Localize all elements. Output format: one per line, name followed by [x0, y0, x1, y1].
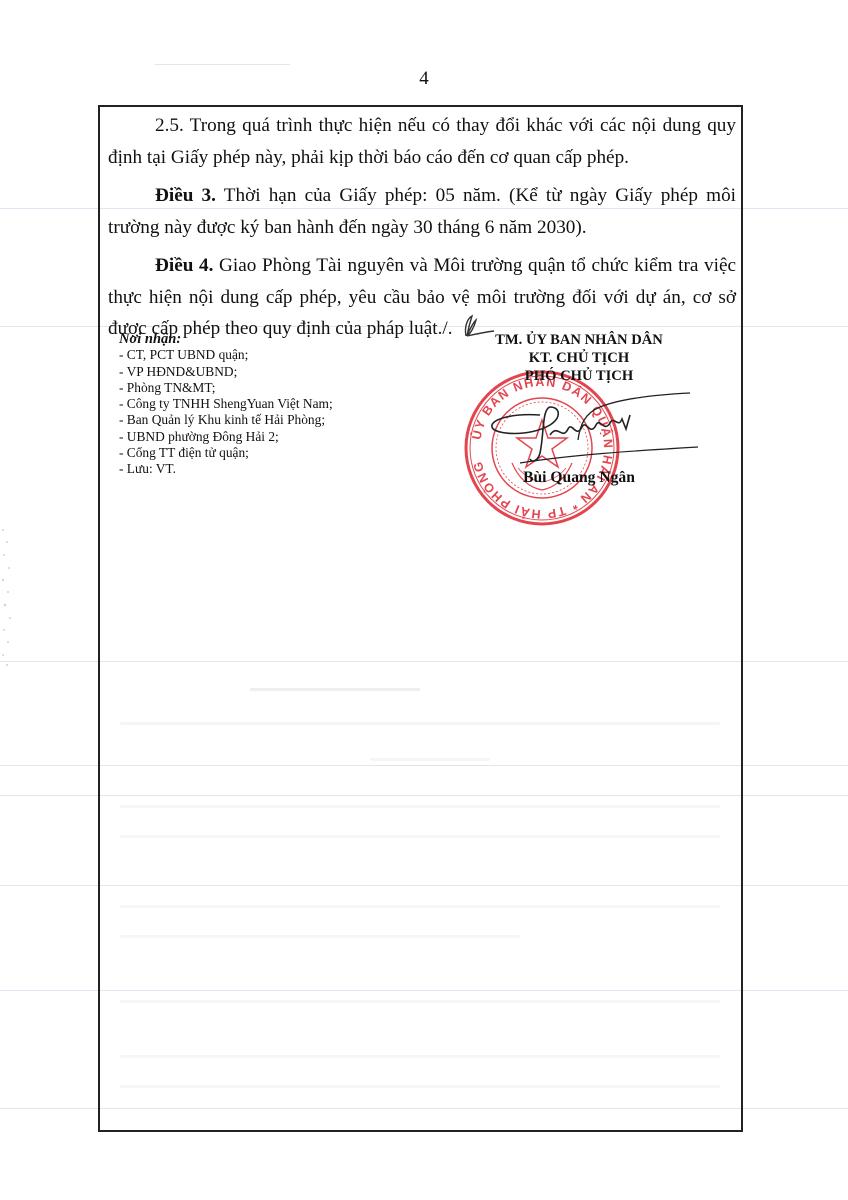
- article-4-label: Điều 4.: [155, 255, 213, 276]
- signature-title-2: KT. CHỦ TỊCH: [470, 349, 688, 367]
- recipient-item: - VP HĐND&UBND;: [119, 364, 333, 380]
- recipients-title: Nơi nhận:: [119, 331, 333, 347]
- article-3: Điều 3. Thời hạn của Giấy phép: 05 năm. …: [108, 180, 736, 243]
- recipient-item: - Ban Quản lý Khu kinh tế Hải Phòng;: [119, 412, 333, 428]
- recipient-item: - UBND phường Đông Hải 2;: [119, 429, 333, 445]
- body-text: 2.5. Trong quá trình thực hiện nếu có th…: [108, 110, 736, 352]
- page-number: 4: [0, 68, 848, 90]
- recipients-list: Nơi nhận: - CT, PCT UBND quận; - VP HĐND…: [119, 331, 333, 478]
- handwritten-signature-icon: [480, 385, 700, 470]
- signature-block: TM. ỦY BAN NHÂN DÂN KT. CHỦ TỊCH PHÓ CHỦ…: [470, 331, 688, 386]
- signature-title-1: TM. ỦY BAN NHÂN DÂN: [470, 331, 688, 349]
- recipient-item: - CT, PCT UBND quận;: [119, 347, 333, 363]
- recipient-item: - Cổng TT điện tử quận;: [119, 445, 333, 461]
- signature-title-3: PHÓ CHỦ TỊCH: [470, 367, 688, 385]
- seam-stamp-icon: [0, 520, 14, 670]
- top-rule: [155, 64, 290, 65]
- recipient-item: - Lưu: VT.: [119, 461, 333, 477]
- recipient-item: - Phòng TN&MT;: [119, 380, 333, 396]
- recipient-item: - Công ty TNHH ShengYuan Việt Nam;: [119, 396, 333, 412]
- signer-name: Bùi Quang Ngân: [470, 469, 688, 487]
- clause-2-5: 2.5. Trong quá trình thực hiện nếu có th…: [108, 110, 736, 173]
- article-3-label: Điều 3.: [155, 185, 216, 206]
